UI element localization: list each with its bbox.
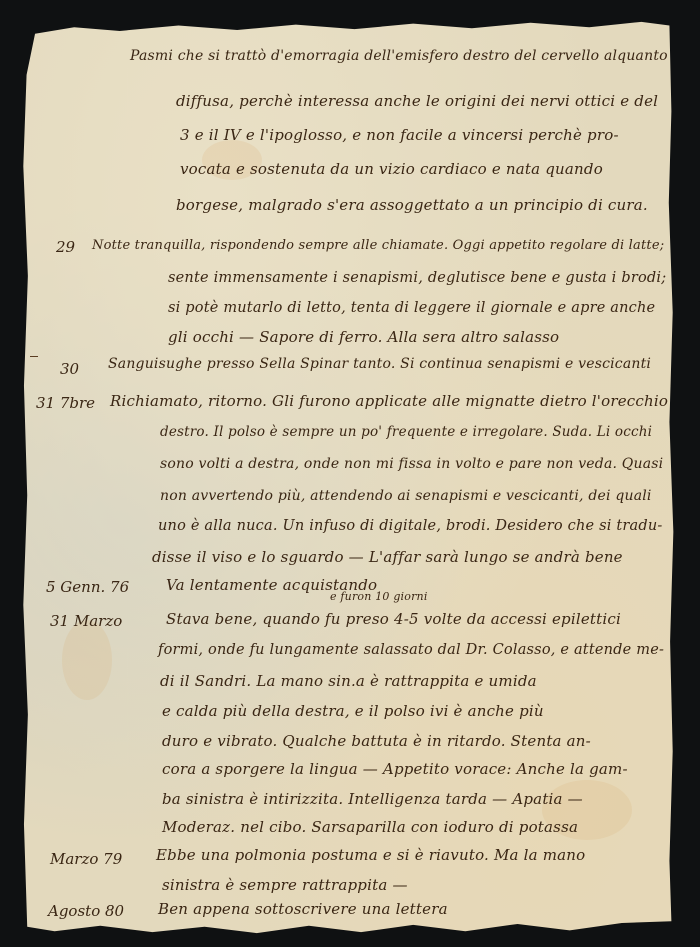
entry-date: 30: [60, 360, 79, 378]
margin-mark: [30, 356, 38, 357]
entry-line: destro. Il polso è sempre un po' frequen…: [160, 424, 652, 440]
entry-line: formi, onde fu lungamente salassato dal …: [158, 642, 664, 658]
entry-date: 31 Marzo: [50, 612, 122, 630]
entry-line: Notte tranquilla, rispondendo sempre all…: [92, 238, 664, 253]
entry-line: ba sinistra è intirizzita. Intelligenza …: [162, 790, 583, 808]
entry-line: vocata e sostenuta da un vizio cardiaco …: [180, 160, 603, 178]
entry-date: Agosto 80: [48, 902, 124, 920]
entry-line: duro e vibrato. Qualche battuta è in rit…: [162, 732, 591, 750]
entry-line: cora a sporgere la lingua — Appetito vor…: [162, 760, 628, 778]
entry-line: sono volti a destra, onde non mi fissa i…: [160, 456, 663, 472]
interlinear-annotation: e furon 10 giorni: [330, 590, 428, 603]
entry-line: Richiamato, ritorno. Gli furono applicat…: [110, 392, 668, 410]
entry-date: Marzo 79: [50, 850, 122, 868]
paper-stain: [62, 620, 112, 700]
entry-date: 29: [56, 238, 75, 256]
entry-line: di il Sandri. La mano sin.a è rattrappit…: [160, 672, 537, 690]
entry-line: Sanguisughe presso Sella Spinar tanto. S…: [108, 356, 651, 372]
entry-line: 3 e il IV e l'ipoglosso, e non facile a …: [180, 126, 619, 144]
entry-line: e calda più della destra, e il polso ivi…: [162, 702, 544, 720]
entry-line: sente immensamente i senapismi, deglutis…: [168, 270, 666, 286]
entry-line: sinistra è sempre rattrappita —: [162, 876, 408, 894]
entry-line: Moderaz. nel cibo. Sarsaparilla con iodu…: [162, 818, 578, 836]
entry-line: Pasmi che si trattò d'emorragia dell'emi…: [130, 48, 668, 64]
entry-line: disse il viso e lo sguardo — L'affar sar…: [152, 548, 623, 566]
entry-line: si potè mutarlo di letto, tenta di legge…: [168, 300, 655, 316]
entry-line: Stava bene, quando fu preso 4-5 volte da…: [166, 610, 621, 628]
entry-line: borgese, malgrado s'era assoggettato a u…: [176, 196, 648, 214]
entry-line: Ebbe una polmonia postuma e si è riavuto…: [156, 846, 585, 864]
entry-line: non avvertendo più, attendendo ai senapi…: [160, 488, 652, 504]
entry-line: Ben appena sottoscrivere una lettera: [158, 900, 448, 918]
entry-line: uno è alla nuca. Un infuso di digitale, …: [158, 518, 663, 534]
entry-date: 31 7bre: [36, 394, 95, 412]
entry-date: 5 Genn. 76: [46, 578, 129, 596]
entry-line: gli occhi — Sapore di ferro. Alla sera a…: [168, 328, 559, 346]
entry-line: diffusa, perchè interessa anche le origi…: [176, 92, 658, 110]
